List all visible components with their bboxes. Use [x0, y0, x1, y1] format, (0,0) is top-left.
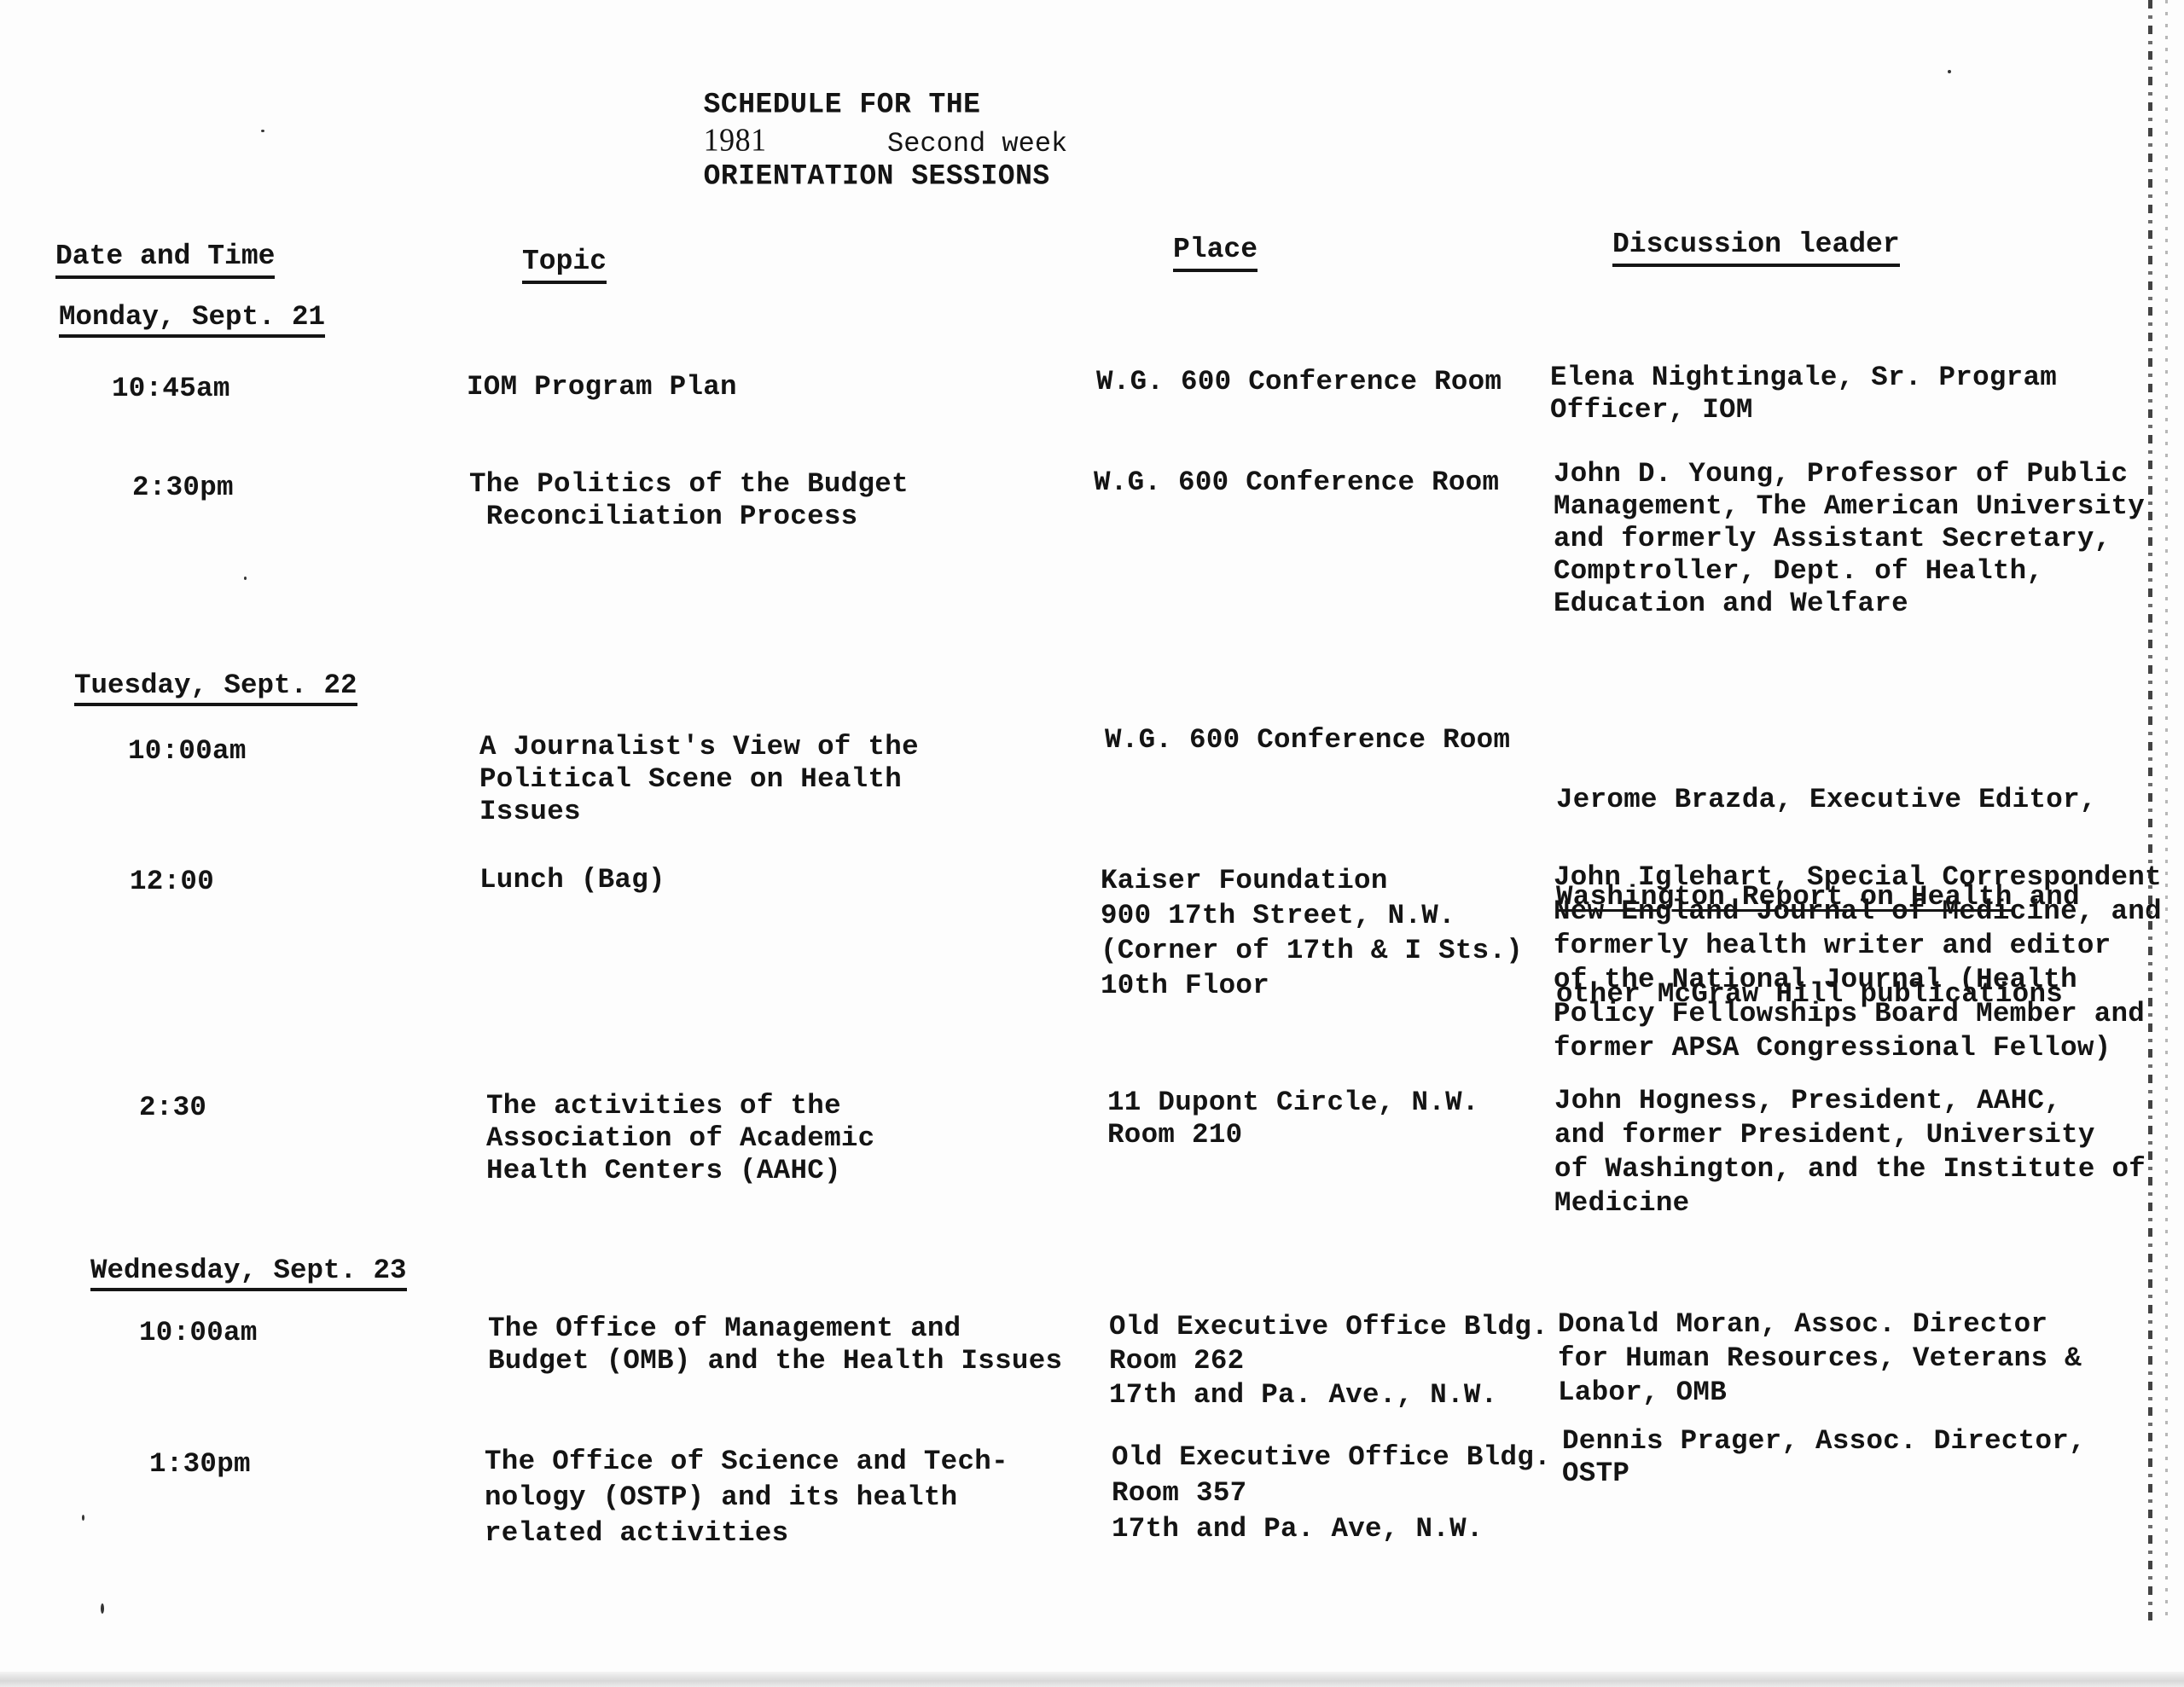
day-heading-monday: Monday, Sept. 21 — [59, 301, 325, 338]
session-time: 10:45am — [112, 373, 230, 405]
scan-speck — [244, 577, 247, 580]
scan-speck — [261, 130, 264, 132]
session-leader: John Iglehart, Special Correspondent New… — [1554, 861, 2162, 1065]
session-topic: The Office of Management and Budget (OMB… — [488, 1313, 1062, 1377]
session-topic: The Office of Science and Tech- nology (… — [485, 1444, 1008, 1551]
column-header-place: Place — [1173, 234, 1258, 272]
title-prefix: SCHEDULE FOR THE — [704, 88, 981, 121]
title-suffix: ORIENTATION SESSIONS — [704, 159, 1050, 193]
session-leader: Donald Moran, Assoc. Director for Human … — [1558, 1307, 2082, 1410]
session-place: W.G. 600 Conference Room — [1094, 467, 1499, 499]
session-time: 12:00 — [130, 866, 214, 898]
session-place: W.G. 600 Conference Room — [1105, 724, 1510, 757]
scan-edge-line — [2165, 0, 2168, 1620]
session-time: 2:30 — [139, 1092, 206, 1124]
session-place: 11 Dupont Circle, N.W. Room 210 — [1107, 1087, 1479, 1151]
scan-bottom-edge — [0, 1672, 2184, 1687]
scan-speck — [101, 1603, 104, 1614]
page-title: SCHEDULE FOR THE 1981 ORIENTATION SESSIO… — [669, 55, 1050, 193]
session-time: 10:00am — [128, 735, 247, 768]
page-subtitle: Second week — [887, 128, 1067, 159]
session-place: W.G. 600 Conference Room — [1096, 366, 1501, 398]
day-heading-tuesday: Tuesday, Sept. 22 — [74, 670, 357, 706]
session-topic: The activities of the Association of Aca… — [486, 1090, 874, 1187]
scan-speck — [82, 1515, 84, 1521]
session-leader: John D. Young, Professor of Public Manag… — [1554, 458, 2145, 620]
scan-edge-line — [2148, 0, 2152, 1620]
day-heading-wednesday: Wednesday, Sept. 23 — [90, 1255, 407, 1291]
title-year: 1981 — [704, 122, 767, 158]
session-leader: Elena Nightingale, Sr. Program Officer, … — [1550, 362, 2057, 426]
session-time: 1:30pm — [149, 1448, 251, 1481]
session-leader: John Hogness, President, AAHC, and forme… — [1554, 1084, 2146, 1220]
session-topic: Lunch (Bag) — [479, 864, 665, 896]
session-time: 2:30pm — [132, 472, 234, 504]
session-time: 10:00am — [139, 1317, 258, 1349]
session-topic: A Journalist's View of the Political Sce… — [479, 731, 919, 828]
column-header-topic: Topic — [522, 246, 607, 284]
session-topic: The Politics of the Budget Reconciliatio… — [469, 468, 909, 533]
column-header-date-time: Date and Time — [55, 241, 275, 279]
session-place: Old Executive Office Bldg. Room 262 17th… — [1109, 1310, 1548, 1412]
session-place: Kaiser Foundation 900 17th Street, N.W. … — [1101, 863, 1523, 1003]
column-header-leader: Discussion leader — [1612, 229, 1900, 267]
leader-line: Jerome Brazda, Executive Editor, — [1556, 784, 2097, 816]
session-topic: IOM Program Plan — [467, 371, 737, 403]
scan-speck — [1948, 70, 1951, 73]
session-place: Old Executive Office Bldg. Room 357 17th… — [1112, 1440, 1551, 1547]
session-leader: Dennis Prager, Assoc. Director, OSTP — [1562, 1425, 2086, 1490]
